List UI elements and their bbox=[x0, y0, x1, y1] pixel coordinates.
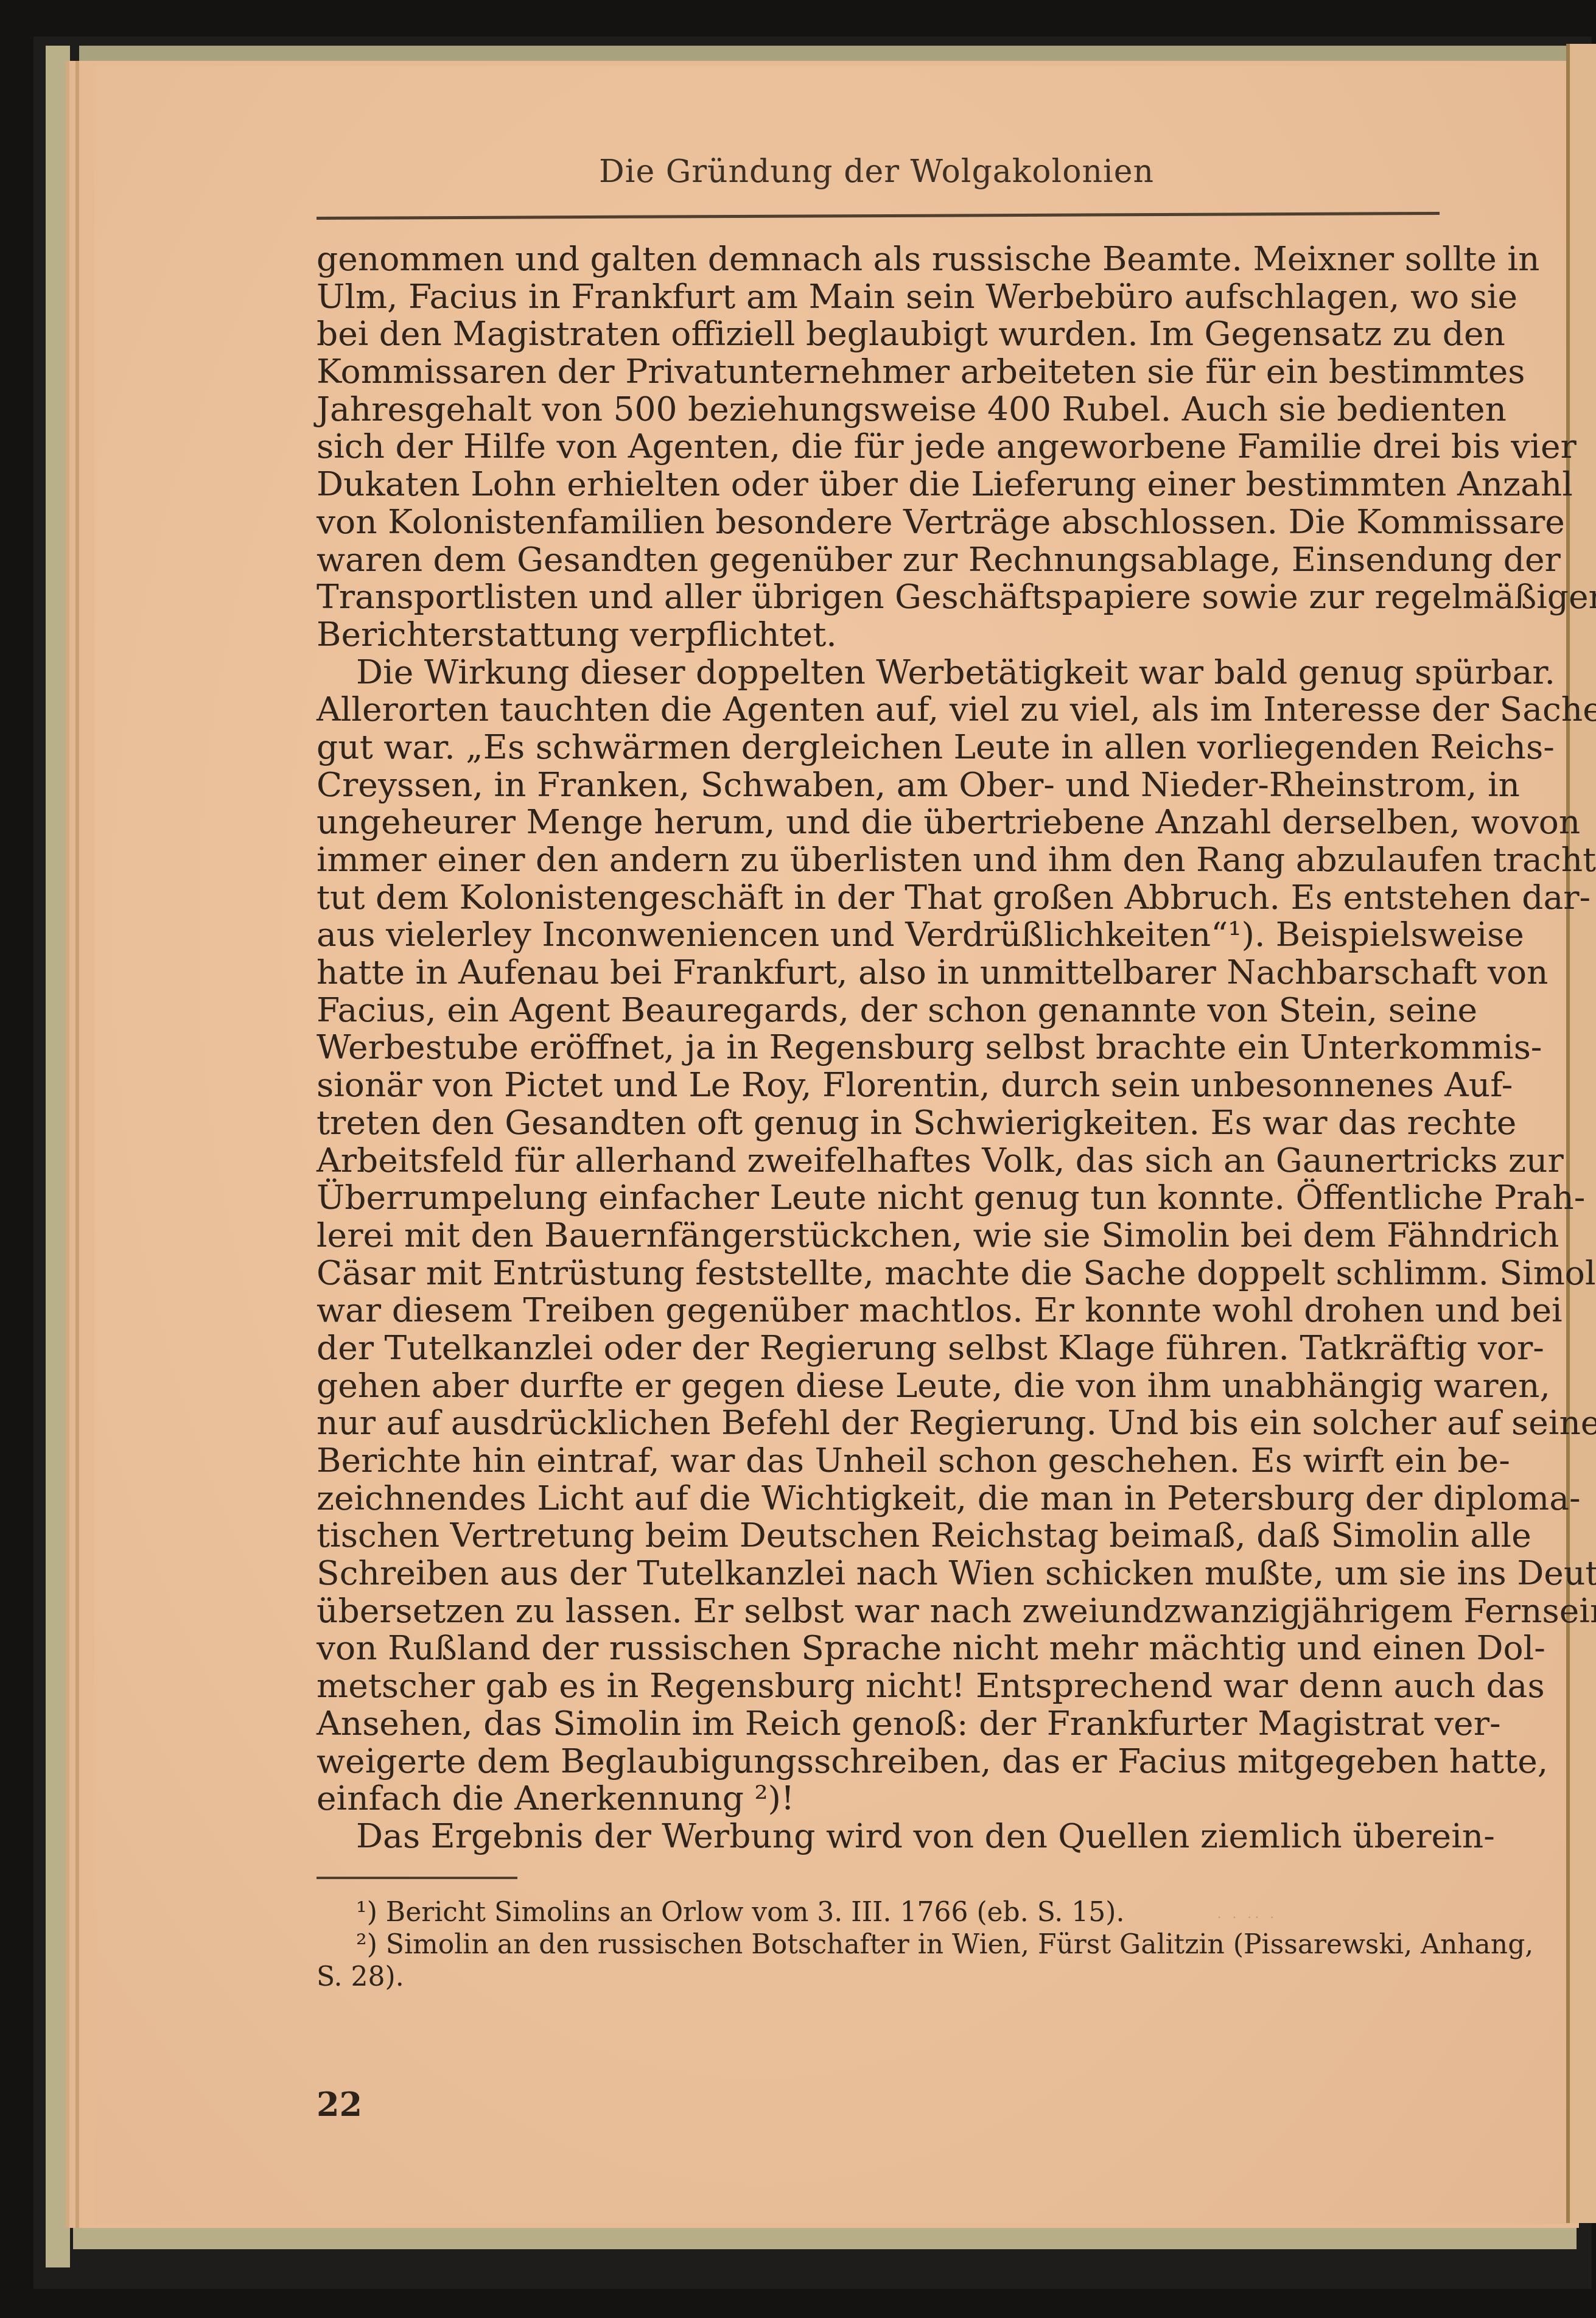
text-line: Kommissaren der Privatunternehmer arbeit… bbox=[317, 353, 1444, 391]
footnote-text: Simolin an den russischen Botschafter in… bbox=[386, 1929, 1533, 1960]
running-header: Die Gründung der Wolgakolonien bbox=[317, 153, 1437, 190]
text-line: Facius, ein Agent Beauregards, der schon… bbox=[317, 992, 1444, 1029]
text-line: übersetzen zu lassen. Er selbst war nach… bbox=[317, 1592, 1444, 1630]
footnote-text: Bericht Simolins an Orlow vom 3. III. 17… bbox=[386, 1897, 1125, 1928]
text-line: nur auf ausdrücklichen Befehl der Regier… bbox=[317, 1404, 1444, 1442]
text-line: gehen aber durfte er gegen diese Leute, … bbox=[317, 1367, 1444, 1405]
text-line: weigerte dem Beglaubigungsschreiben, das… bbox=[317, 1743, 1444, 1781]
footnote-rule bbox=[317, 1877, 517, 1879]
facing-page-edge bbox=[1570, 44, 1596, 2223]
text-line: gut war. „Es schwärmen dergleichen Leute… bbox=[317, 729, 1444, 766]
footnote-2: ²) Simolin an den russischen Botschafter… bbox=[317, 1928, 1444, 1961]
paragraph-start: Die Wirkung dieser doppelten Werbetätigk… bbox=[317, 654, 1444, 692]
text-line: einfach die Anerkennung ²)! bbox=[317, 1780, 1444, 1818]
text-line: Cäsar mit Entrüstung feststellte, machte… bbox=[317, 1255, 1444, 1292]
text-line: sionär von Pictet und Le Roy, Florentin,… bbox=[317, 1066, 1444, 1104]
text-line: Überrumpelung einfacher Leute nicht genu… bbox=[317, 1179, 1444, 1217]
text-line: Jahresgehalt von 500 beziehungsweise 400… bbox=[317, 391, 1444, 429]
footnote-1: ¹) Bericht Simolins an Orlow vom 3. III.… bbox=[317, 1896, 1444, 1928]
text-line: Berichte hin eintraf, war das Unheil sch… bbox=[317, 1442, 1444, 1480]
footnote-marker: ¹) bbox=[356, 1897, 377, 1928]
paragraph-start: Das Ergebnis der Werbung wird von den Qu… bbox=[317, 1818, 1444, 1855]
text-line: waren dem Gesandten gegenüber zur Rechnu… bbox=[317, 541, 1444, 579]
text-line: tischen Vertretung beim Deutschen Reichs… bbox=[317, 1517, 1444, 1555]
text-line: Werbestube eröffnet, ja in Regensburg se… bbox=[317, 1029, 1444, 1066]
text-line: Dukaten Lohn erhielten oder über die Lie… bbox=[317, 466, 1444, 503]
text-line: lerei mit den Bauernfängerstückchen, wie… bbox=[317, 1217, 1444, 1255]
text-line: treten den Gesandten oft genug in Schwie… bbox=[317, 1104, 1444, 1142]
text-line: tut dem Kolonistengeschäft in der That g… bbox=[317, 879, 1444, 917]
text-line: der Tutelkanzlei oder der Regierung selb… bbox=[317, 1329, 1444, 1367]
text-line: Ansehen, das Simolin im Reich genoß: der… bbox=[317, 1705, 1444, 1743]
text-line: Arbeitsfeld für allerhand zweifelhaftes … bbox=[317, 1142, 1444, 1180]
text-line: bei den Magistraten offiziell beglaubigt… bbox=[317, 315, 1444, 353]
text-line: zeichnendes Licht auf die Wichtigkeit, d… bbox=[317, 1480, 1444, 1518]
text-line: Ulm, Facius in Frankfurt am Main sein We… bbox=[317, 278, 1444, 316]
text-line: hatte in Aufenau bei Frankfurt, also in … bbox=[317, 954, 1444, 992]
text-line: immer einer den andern zu überlisten und… bbox=[317, 841, 1444, 879]
text-line: Creyssen, in Franken, Schwaben, am Ober-… bbox=[317, 766, 1444, 804]
text-line: Schreiben aus der Tutelkanzlei nach Wien… bbox=[317, 1555, 1444, 1592]
text-line: war diesem Treiben gegenüber machtlos. E… bbox=[317, 1292, 1444, 1329]
footnote-2-continued: S. 28). bbox=[317, 1961, 1444, 1993]
text-line: von Kolonistenfamilien besondere Verträg… bbox=[317, 503, 1444, 541]
text-line: Allerorten tauchten die Agenten auf, vie… bbox=[317, 691, 1444, 729]
page-number: 22 bbox=[317, 2085, 362, 2124]
text-line: Berichterstattung verpflichtet. bbox=[317, 616, 1444, 654]
text-line: von Rußland der russischen Sprache nicht… bbox=[317, 1630, 1444, 1667]
footnotes: ¹) Bericht Simolins an Orlow vom 3. III.… bbox=[317, 1896, 1444, 1993]
body-text: genommen und galten demnach als russisch… bbox=[317, 240, 1444, 1855]
text-line: sich der Hilfe von Agenten, die für jede… bbox=[317, 428, 1444, 466]
text-line: Transportlisten und aller übrigen Geschä… bbox=[317, 578, 1444, 616]
text-line: genommen und galten demnach als russisch… bbox=[317, 240, 1444, 278]
text-line: ungeheurer Menge herum, und die übertrie… bbox=[317, 804, 1444, 841]
text-line: metscher gab es in Regensburg nicht! Ent… bbox=[317, 1667, 1444, 1705]
text-line: aus vielerley Inconweniencen und Verdrüß… bbox=[317, 916, 1444, 954]
footnote-marker: ²) bbox=[356, 1929, 377, 1960]
